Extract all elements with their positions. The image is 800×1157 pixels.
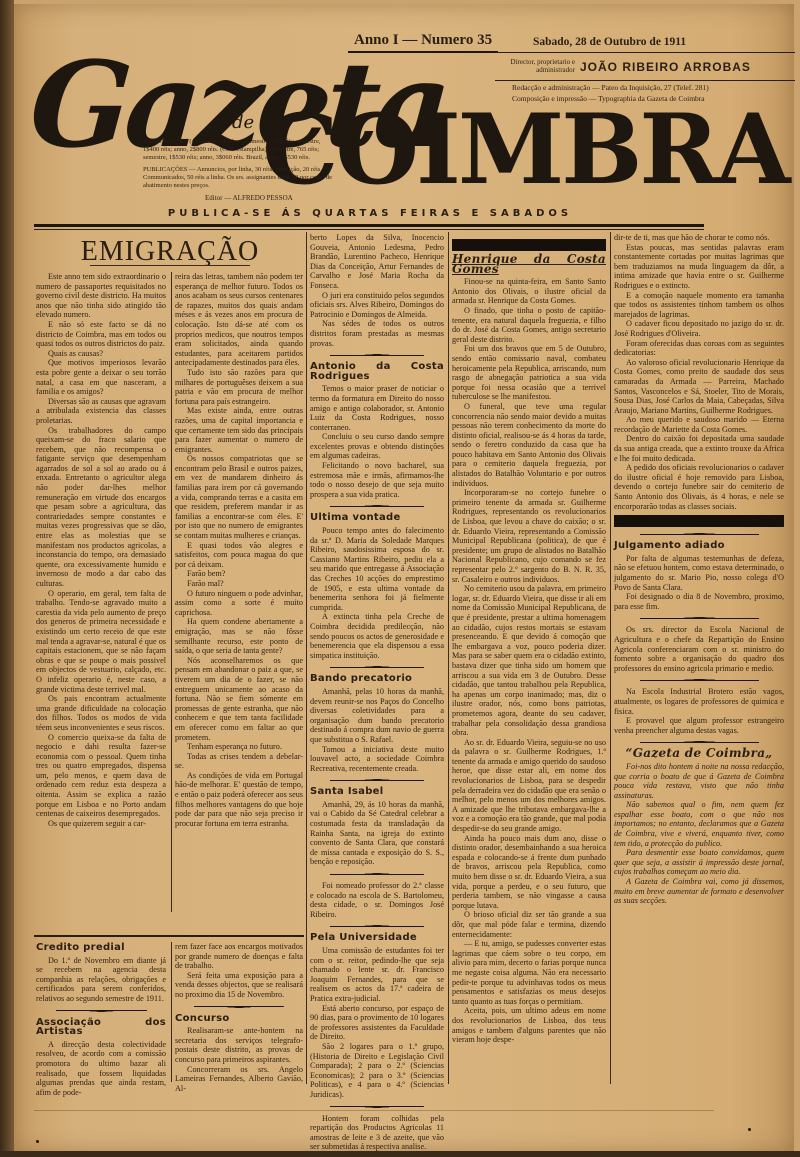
masthead-bottom-rule xyxy=(34,224,704,227)
obituary-paragraph: — E tu, amigo, se pudesses converter est… xyxy=(452,939,606,1006)
gazeta-notice-text: A Gazeta de Coimbra vai, como já dissemo… xyxy=(614,877,784,906)
obituary-body: Finou-se na quinta-feira, em Santo Santo… xyxy=(452,277,606,1045)
emigracao-paragraph: O operario, em geral, tem falta de traba… xyxy=(36,589,166,695)
masthead-bottom-rule-thin xyxy=(34,229,704,230)
heading-gazeta-notice: “Gazeta de Coimbra„ xyxy=(614,749,784,759)
obituary-paragraph: Incorporaram-se no cortejo funebre o pri… xyxy=(452,488,606,584)
page-bottom-rule xyxy=(34,1110,714,1111)
heading-concurso: Concurso xyxy=(175,1014,303,1024)
associacao-artistas-exposicao: Será feita uma exposição para a venda de… xyxy=(175,971,303,1000)
ornamental-divider xyxy=(194,1004,284,1010)
universidade-text: Está aberto concurso, por espaço de 90 d… xyxy=(310,1004,444,1042)
universidade-text: Uma comissão de estudantes foi ter com o… xyxy=(310,946,444,1004)
director-name: JOÃO RIBEIRO ARROBAS xyxy=(580,60,751,74)
mourning-bar xyxy=(614,515,784,527)
publication-days: PUBLICA-SE ÁS QUARTAS FEIRAS E SABADOS xyxy=(110,208,630,219)
costa-rodrigues-text: Felicitando o novo bacharel, sua estremo… xyxy=(310,461,444,499)
emigracao-paragraph: O futuro ninguem o pode advinhar, assim … xyxy=(175,589,303,618)
emigracao-paragraph: Os trabalhadores do campo queixam-se do … xyxy=(36,426,166,589)
concurso-names: berto Lopes da Silva, Inocencio Gouveia,… xyxy=(310,233,444,291)
associacao-artistas-continued: rem fazer face aos encargos motivados po… xyxy=(175,942,303,971)
obituary-paragraph: O funeral, que teve uma regular concorre… xyxy=(452,402,606,488)
heading-pela-universidade: Pela Universidade xyxy=(310,933,444,943)
book-spine xyxy=(0,0,14,1157)
ink-speck xyxy=(748,1128,751,1131)
masthead-rule xyxy=(495,80,795,81)
ornamental-divider xyxy=(330,1104,424,1110)
heading-santa-isabel: Santa Isabel xyxy=(310,787,444,797)
emigracao-paragraph: Mas existe ainda, entre outras razões, u… xyxy=(175,406,303,454)
ornamental-divider xyxy=(640,677,759,683)
obituary-paragraph: O finado, que tinha o posto de capitão-t… xyxy=(452,306,606,344)
obituary-paragraph: Estas poucas, mas sentidas palavras eram… xyxy=(614,243,784,291)
composition-info: Composição e impressão — Typographia da … xyxy=(512,94,792,103)
gazeta-notice-text: Não sabemos qual o fim, nem quem fez esp… xyxy=(614,800,784,848)
obituary-paragraph: O brioso oficial diz ser tão grande a su… xyxy=(452,910,606,939)
emigracao-paragraph: Que motivos imperiosos levarão esta pobr… xyxy=(36,358,166,396)
concurso-juri: O juri era constituido pelos segundos of… xyxy=(310,291,444,320)
costa-rodrigues-text: Concluiu o seu curso dando sempre excele… xyxy=(310,432,444,461)
article-headline-emigracao: EMIGRAÇÃO xyxy=(50,236,290,268)
emigracao-paragraph: Nós aconselharemos os que pensam em aban… xyxy=(175,656,303,742)
emigracao-paragraph: Tudo isto são razões para que milhares d… xyxy=(175,368,303,406)
obituary-paragraph: dir-te de ti, mas que hão de chorar te c… xyxy=(614,233,784,243)
column-divider xyxy=(448,232,449,1084)
gazeta-notice-text: Foi-nos dito hontem á noite na nossa red… xyxy=(614,762,784,800)
bottom-left-column-2: rem fazer face aos encargos motivados po… xyxy=(175,942,303,1093)
heading-costa-rodrigues: Antonio da Costa Rodrigues xyxy=(310,362,444,381)
bottom-left-column-1: Credito predial Do 1.º de Novembro em di… xyxy=(36,940,166,1097)
obituary-paragraph: Ainda ha pouco mais dum ano, disse o dis… xyxy=(452,834,606,911)
section-rule xyxy=(34,935,304,937)
director-label: Director, proprietario e administrador xyxy=(503,58,575,74)
associacao-artistas-text: A direcção desta colectividade resolveu,… xyxy=(36,1040,166,1098)
escola-brotero-text: E provavel que algum professor estrangei… xyxy=(614,716,784,735)
concurso-text: Realisaram-se ante-hontem na secretaria … xyxy=(175,1026,303,1064)
edition-number: Anno I — Numero 35 xyxy=(348,32,498,53)
heading-associacao-artistas: Associação dos Artistas xyxy=(36,1018,166,1037)
emigracao-paragraph: Todas as crises tendem a debelar-se. xyxy=(175,752,303,771)
page-bottom-edge xyxy=(0,1151,800,1157)
mourning-bar xyxy=(452,239,606,251)
column-4: Henrique da Costa Gomes Finou-se na quin… xyxy=(452,235,606,1045)
subscription-info: ASSIGNATURA (sem estampilha) — Trimestre… xyxy=(143,138,333,194)
obituary-paragraph: Foram oferecidas duas coroas com as segu… xyxy=(614,339,784,358)
emigracao-paragraph: Os pais encontram actualmente uma grande… xyxy=(36,694,166,732)
ornamental-divider xyxy=(330,871,424,877)
editor-credit: Editor — ALFREDO PESSOA xyxy=(205,194,293,202)
heading-henrique-costa-gomes: Henrique da Costa Gomes xyxy=(452,255,606,274)
obituary-paragraph: A pedido dos oficiais revolucionarios o … xyxy=(614,463,784,511)
ornamental-divider xyxy=(330,352,424,358)
emigracao-paragraph: Farão mal? xyxy=(175,579,303,589)
emigracao-paragraph: Diversas são as causas que agravam a atr… xyxy=(36,397,166,426)
headline-underline xyxy=(90,265,250,266)
emigracao-column-2: reira das letras, tambem não podem ter e… xyxy=(175,272,303,828)
ultima-vontade-text: A extincta tinha pela Creche de Coimbra … xyxy=(310,612,444,660)
credito-predial-text: Do 1.º de Novembro em diante já se receb… xyxy=(36,956,166,1004)
subscription-rates: ASSIGNATURA (sem estampilha) — Trimestre… xyxy=(143,138,333,162)
ornamental-divider xyxy=(640,531,759,537)
ornamental-divider xyxy=(56,1008,147,1014)
column-divider xyxy=(171,272,172,912)
column-divider xyxy=(171,942,172,1082)
ultima-vontade-text: Pouco tempo antes do falecimento da sr.ª… xyxy=(310,526,444,612)
emigracao-paragraph: E não só este facto se dá no districto d… xyxy=(36,320,166,349)
issue-date: Sabado, 28 de Outubro de 1911 xyxy=(533,36,686,48)
ornamental-divider xyxy=(330,923,424,929)
gazeta-notice-text: Para desmentir esse boato convidamos, qu… xyxy=(614,848,784,877)
julgamento-text: Foi designado o dia 8 de Novembro, proxi… xyxy=(614,592,784,611)
ornamental-divider xyxy=(330,503,424,509)
emigracao-paragraph: As condições de vida em Portugal hão-de … xyxy=(175,771,303,829)
column-5: dir-te de ti, mas que hão de chorar te c… xyxy=(614,233,784,906)
julgamento-text: Por falta de algumas testemunhas de defe… xyxy=(614,554,784,592)
heading-julgamento-adiado: Julgamento adiado xyxy=(614,541,784,551)
redaction-address: Redacção e administração — Pateo da Inqu… xyxy=(512,83,792,92)
obituary-paragraph: Aceita, pois, um ultimo adeus em nome do… xyxy=(452,1006,606,1044)
column-3: berto Lopes da Silva, Inocencio Gouveia,… xyxy=(310,233,444,1152)
emigracao-paragraph: Os que quizerem seguir a car- xyxy=(36,819,166,829)
obituary-paragraph: Dentro do caixão foi depositada uma saud… xyxy=(614,434,784,463)
column-divider xyxy=(306,232,307,1084)
emigracao-paragraph: Este anno tem sido extraordinario o nume… xyxy=(36,272,166,320)
obituary-paragraph: E a comoção naquele momento era tamanha … xyxy=(614,291,784,320)
publication-rates: PUBLICAÇÕES — Annuncios, por linha, 30 r… xyxy=(143,166,333,190)
obituary-paragraph: Finou-se na quinta-feira, em Santo Santo… xyxy=(452,277,606,306)
concurso-text: Concorreram os srs. Angelo Lameiras Fern… xyxy=(175,1065,303,1094)
professor-nomeado-text: Foi nomeado professor do 2.ª classe e co… xyxy=(310,881,444,919)
bando-precatorio-text: Amanhã, pelas 10 horas da manhã, devem r… xyxy=(310,687,444,745)
heading-ultima-vontade: Ultima vontade xyxy=(310,513,444,523)
obituary-paragraph: O cadaver ficou depositado no jazigo do … xyxy=(614,319,784,338)
emigracao-paragraph: Farão bem? xyxy=(175,569,303,579)
ornamental-divider xyxy=(640,739,759,745)
emigracao-paragraph: O comercio queixa-se da falta de negocio… xyxy=(36,733,166,819)
obituary-continued: dir-te de ti, mas que hão de chorar te c… xyxy=(614,233,784,511)
masthead-title-de: de xyxy=(232,112,254,133)
heading-bando-precatorio: Bando precatorio xyxy=(310,674,444,684)
emigracao-paragraph: Quais as causas? xyxy=(36,349,166,359)
bando-precatorio-text: Tomou a iniciativa deste muito louvavel … xyxy=(310,745,444,774)
obituary-paragraph: Foi um dos bravos que em 5 de Outubro, s… xyxy=(452,344,606,402)
emigracao-column-1: Este anno tem sido extraordinario o nume… xyxy=(36,272,166,828)
universidade-text: São 2 logares para o 1.º grupo, (Histori… xyxy=(310,1042,444,1100)
emigracao-paragraph: Os nossos compatriotas que se encontram … xyxy=(175,454,303,540)
escola-agricola-text: Os srs. director da Escola Nacional de A… xyxy=(614,625,784,673)
escola-brotero-text: Na Escola Industrial Brotero estão vagos… xyxy=(614,687,784,716)
ink-speck xyxy=(36,1140,39,1143)
obituary-paragraph: Ao meu querido e saudoso marido — Eterna… xyxy=(614,415,784,434)
obituary-paragraph: Ao sr. dr. Eduardo Vieira, seguiu-se no … xyxy=(452,738,606,834)
ornamental-divider xyxy=(330,777,424,783)
emigracao-paragraph: Ha quem condene abertamente a emigração,… xyxy=(175,617,303,655)
emigracao-paragraph: Tenham esperança no futuro. xyxy=(175,742,303,752)
obituary-paragraph: No cemiterio usou da palavra, em primeir… xyxy=(452,584,606,738)
concurso-other-districts: Nas sédes de todos os outros distritos f… xyxy=(310,319,444,348)
obituary-paragraph: Ao valoroso oficial revolucionario Henri… xyxy=(614,358,784,416)
emigracao-paragraph: reira das letras, tambem não podem ter e… xyxy=(175,272,303,368)
column-divider xyxy=(610,232,611,1084)
ornamental-divider xyxy=(640,615,759,621)
ornamental-divider xyxy=(330,664,424,670)
masthead-rule xyxy=(495,52,795,53)
costa-rodrigues-text: Temos o maior praser de noticiar o termo… xyxy=(310,384,444,432)
emigracao-paragraph: E quasi todos vão alegres e satisfeitos,… xyxy=(175,541,303,570)
santa-isabel-text: Amanhã, 29, ás 10 horas da manhã, vai o … xyxy=(310,800,444,867)
heading-credito-predial: Credito predial xyxy=(36,943,166,953)
productos-agricolas-text: Hontem foram colhidas pela repartição do… xyxy=(310,1114,444,1152)
